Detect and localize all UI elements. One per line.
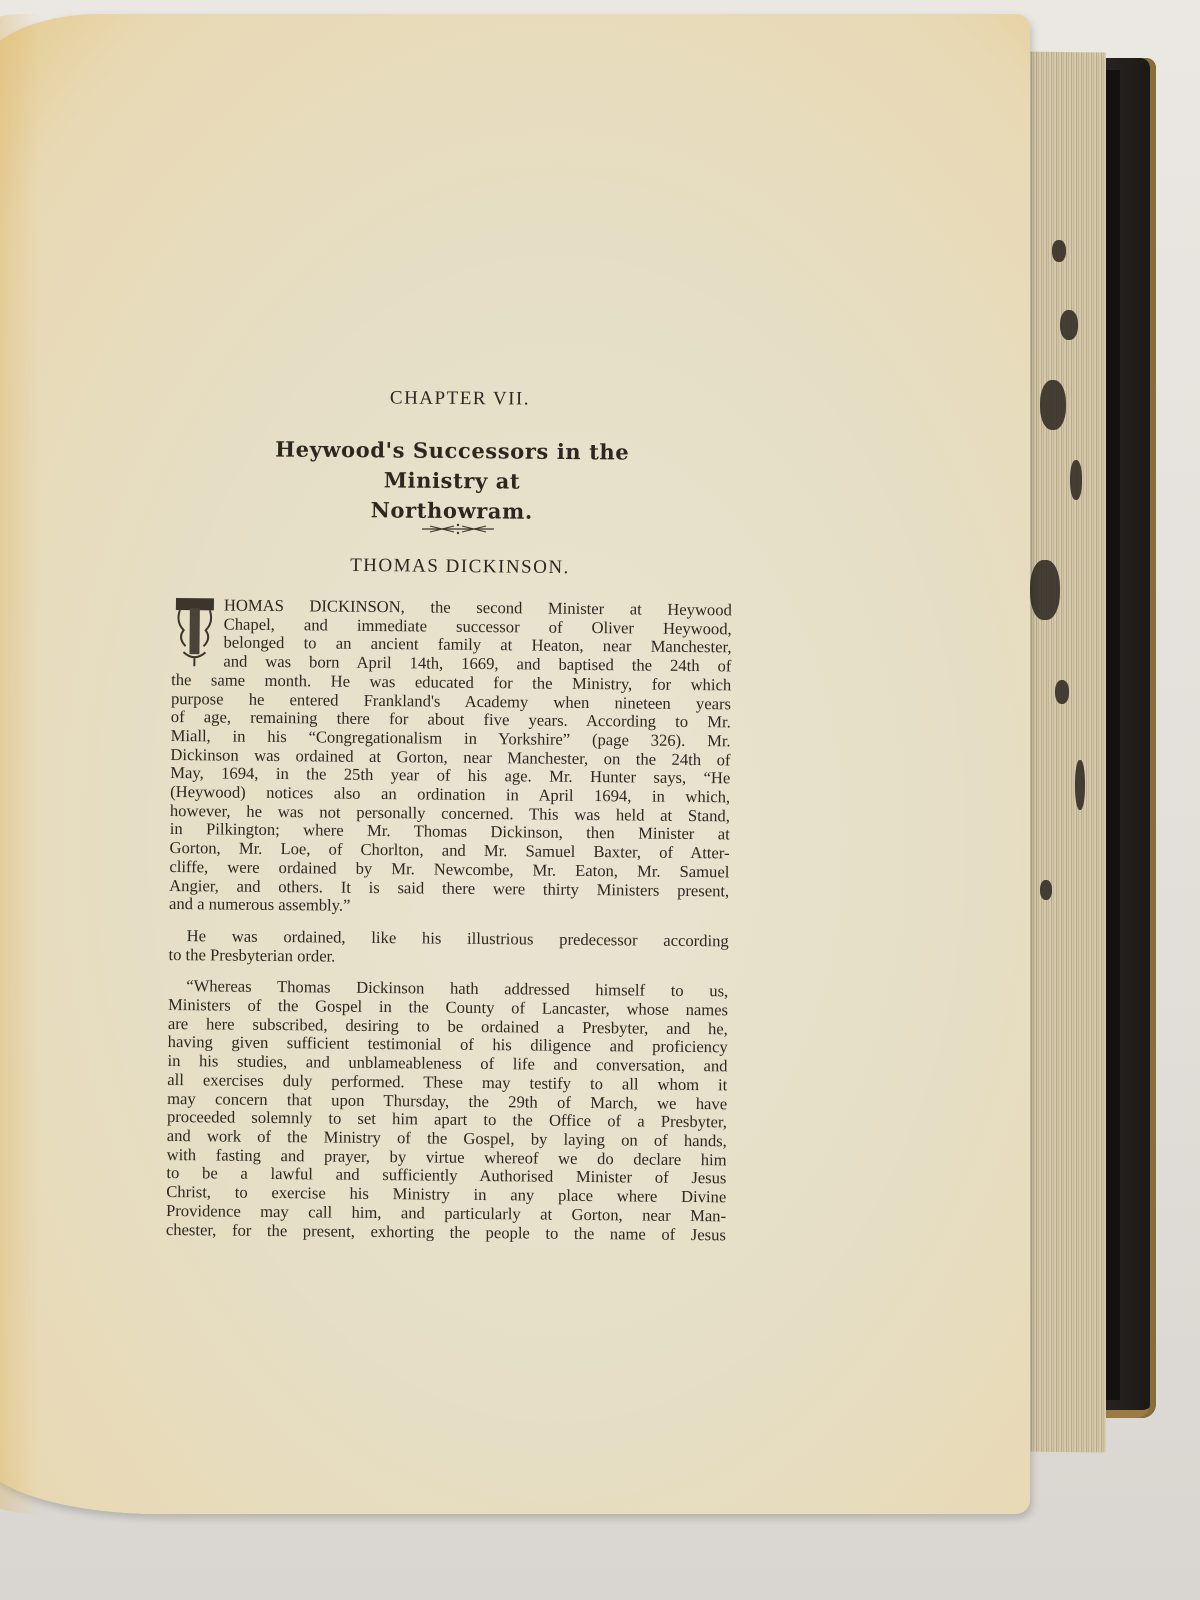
section-heading: THOMAS DICKINSON. [300,554,620,579]
scroll-divider-ornament-icon [420,522,496,536]
paragraph-3: “Whereas Thomas Dickinson hath addressed… [166,977,728,1244]
foxing-stain [1055,680,1069,704]
foxing-stain [1060,310,1078,340]
chapter-title-line-1: Heywood's Successors in the Ministry at [222,434,683,498]
drop-cap-t-icon [171,596,218,668]
paragraph-1: HOMAS DICKINSON, the second Minister at … [169,596,732,919]
foxing-stain [1070,460,1082,500]
foxing-stain [1052,240,1066,262]
foxing-stain [1040,380,1066,430]
foxing-stain [1040,880,1052,900]
body-text: HOMAS DICKINSON, the second Minister at … [166,596,732,1245]
paragraph-2: He was ordained, like his illustrious pr… [168,927,728,970]
foxing-stain [1075,760,1085,810]
chapter-title: Heywood's Successors in the Ministry at … [222,434,683,528]
chapter-label: CHAPTER VII. [300,387,620,411]
foxing-stain [1030,560,1060,620]
